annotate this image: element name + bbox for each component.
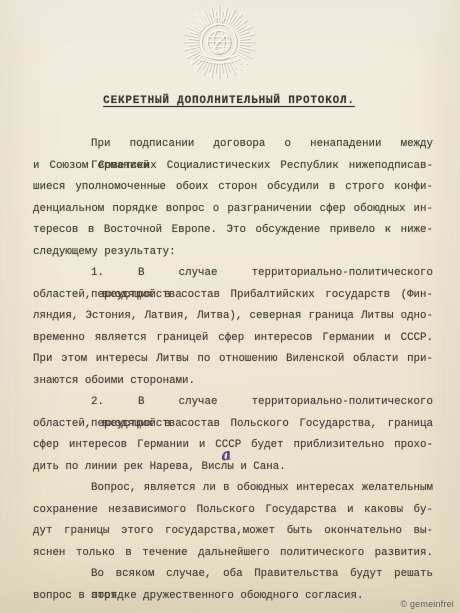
- document-line: и Союзом Советских Социалистических Респ…: [33, 156, 433, 178]
- document-line: шиеся уполномоченные обоих сторон обсуди…: [33, 177, 433, 199]
- document-line: 2. В случае территориально-политического…: [33, 392, 433, 414]
- document-line: знаются обоими сторонами.: [33, 371, 433, 393]
- document-line: дить по линии рек Нарева, Вислы и Сана.: [33, 457, 433, 479]
- copyright-watermark: © gemeinfrei: [400, 599, 454, 609]
- scanned-document-page: СЕКРЕТНЫЙ ДОПОЛНИТЕЛЬНЫЙ ПРОТОКОЛ. При п…: [0, 0, 460, 613]
- document-line: денциальном порядке вопрос о разграничен…: [33, 199, 433, 221]
- document-line: ляндия, Эстония, Латвия, Литва), северна…: [33, 306, 433, 328]
- document-line: следующему результату:: [33, 242, 433, 264]
- document-line: сфер интересов Германии и СССР будет при…: [33, 435, 433, 457]
- document-body: При подписании договора о ненападении ме…: [33, 134, 433, 607]
- soviet-emblem-seal-icon: [173, 2, 265, 82]
- document-line: временно является границей сфер интересо…: [33, 328, 433, 350]
- document-line: При подписании договора о ненападении ме…: [33, 134, 433, 156]
- document-line: 1. В случае территориально-политического…: [33, 263, 433, 285]
- document-line: дут границы этого государства,может быть…: [33, 521, 433, 543]
- document-line: яснен только в течение дальнейшего полит…: [33, 543, 433, 565]
- document-line: Во всяком случае, оба Правительства буду…: [33, 564, 433, 586]
- document-line: областей, входящих в состав Польского Го…: [33, 414, 433, 436]
- document-line: областей, входящих в состав Прибалтийски…: [33, 285, 433, 307]
- document-line: При этом интересы Литвы по отношению Вил…: [33, 349, 433, 371]
- document-line: тересов в Восточной Европе. Это обсужден…: [33, 220, 433, 242]
- document-line: Вопрос, является ли в обоюдных интересах…: [33, 478, 433, 500]
- document-line: сохранение независимого Польского Госуда…: [33, 500, 433, 522]
- document-line: вопрос в порядке дружественного обоюдног…: [33, 586, 433, 608]
- document-title: СЕКРЕТНЫЙ ДОПОЛНИТЕЛЬНЫЙ ПРОТОКОЛ.: [33, 95, 425, 107]
